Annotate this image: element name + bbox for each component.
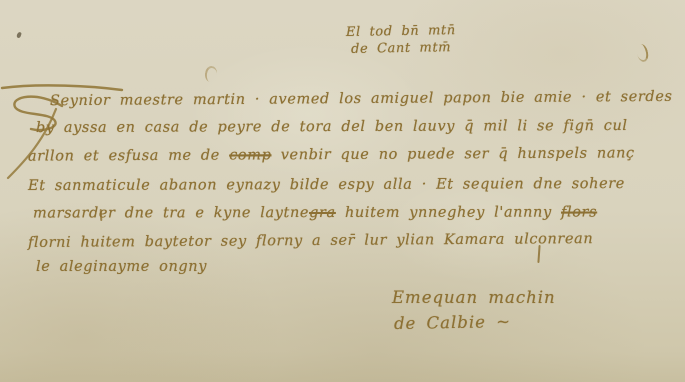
struck-text: comp: [229, 147, 271, 163]
signature-line-2: de Calbie ~: [394, 312, 511, 333]
address-block: El tod bn̄ mtn̄ de Cant mtm̄: [316, 22, 487, 59]
body-line-7: le aleginayme ongny: [36, 259, 207, 275]
stray-pen-stroke: [537, 245, 540, 263]
stray-pen-curl: [635, 43, 650, 63]
text-segment: venbir que no puede ser q̄ hunspels nanç: [271, 145, 634, 163]
body-line-2: by ayssa en casa de peyre de tora del be…: [36, 118, 628, 136]
text-segment: marsarder dne tra e kyne laytne: [33, 205, 309, 221]
text-segment: arllon et esfusa me de: [28, 148, 229, 165]
text-segment: huitem ynneghey l'annny: [336, 205, 561, 221]
body-line-6: florni huitem baytetor sey florny a ser̄…: [28, 231, 593, 251]
body-line-4: Et sanmaticule abanon eynazy bilde espy …: [28, 176, 625, 194]
address-line-2: de Cant mtm̄: [316, 39, 486, 59]
signature-line-1: Emequan machin: [392, 288, 556, 307]
body-line-5: marsarder dne tra e kyne laytnegra huite…: [33, 205, 597, 222]
body-line-1: Seynior maestre martin · avemed los amig…: [50, 89, 673, 109]
struck-text: gra: [309, 205, 336, 221]
struck-text: flors: [561, 205, 597, 221]
stray-pen-curl: [204, 65, 218, 83]
manuscript-page: El tod bn̄ mtn̄ de Cant mtm̄ Seynior mae…: [0, 0, 685, 382]
body-line-3: arllon et esfusa me de comp venbir que n…: [28, 145, 635, 164]
ink-speck: [16, 31, 22, 38]
